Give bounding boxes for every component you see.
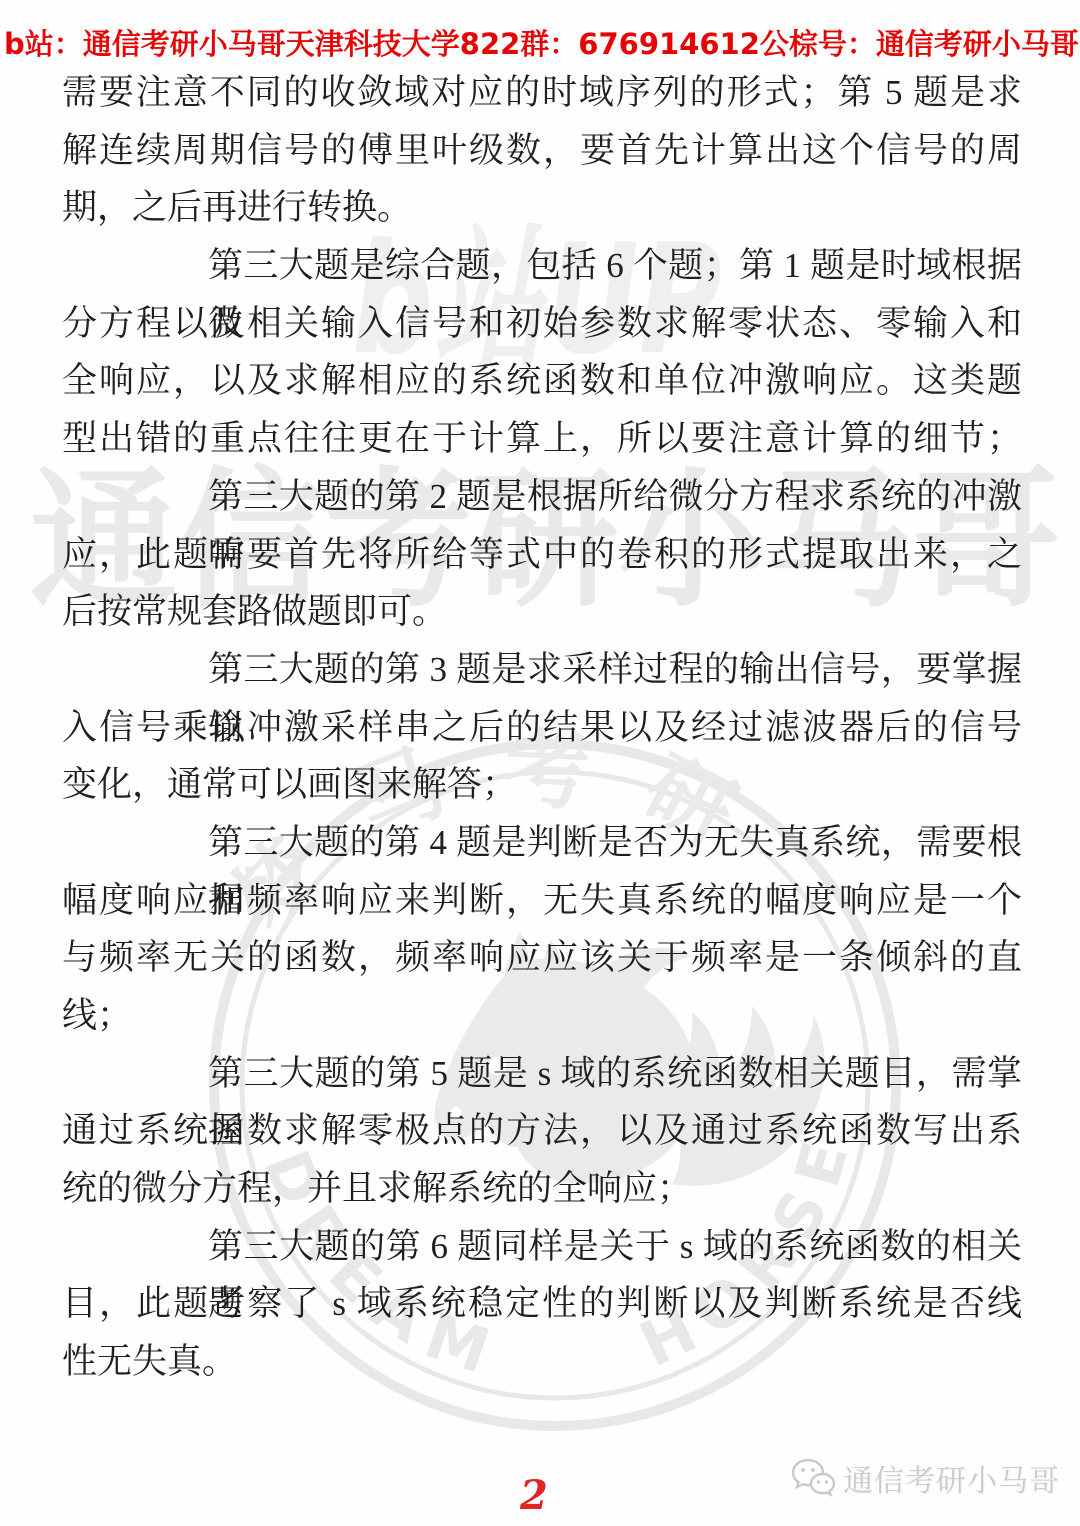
text-line: 与频率无关的函数，频率响应应该关于频率是一条倾斜的直: [62, 929, 1022, 987]
page-header: b站：通信考研小马哥 天津科技大学822群：676914612 公棕号：通信考研…: [0, 22, 1080, 63]
text-line: 线；: [62, 987, 1022, 1045]
text-line: 统的微分方程，并且求解系统的全响应；: [62, 1160, 1022, 1218]
text-line: 幅度响应和频率响应来判断，无失真系统的幅度响应是一个: [62, 872, 1022, 930]
text-line: 第三大题的第 4 题是判断是否为无失真系统，需要根据: [62, 814, 1022, 872]
footer-brand-text: 通信考研小马哥: [843, 1456, 1060, 1500]
text-line: 入信号乘以冲激采样串之后的结果以及经过滤波器后的信号: [62, 699, 1022, 757]
header-bilibili: b站：通信考研小马哥: [4, 22, 286, 63]
text-line: 通过系统函数求解零极点的方法，以及通过系统函数写出系: [62, 1102, 1022, 1160]
text-line: 需要注意不同的收敛域对应的时域序列的形式；第 5 题是求: [62, 64, 1022, 122]
wechat-icon: [789, 1454, 837, 1502]
body-text: 需要注意不同的收敛域对应的时域序列的形式；第 5 题是求 解连续周期信号的傅里叶…: [62, 64, 1022, 1391]
text-line: 分方程以及相关输入信号和初始参数求解零状态、零输入和: [62, 295, 1022, 353]
document-page: b站UP 通信考研小马哥 梦 马 考 研 DREAM HORSE: [0, 0, 1080, 1526]
text-line: 期，之后再进行转换。: [62, 179, 1022, 237]
text-line: 第三大题是综合题，包括 6 个题；第 1 题是时域根据微: [62, 237, 1022, 295]
text-line: 第三大题的第 5 题是 s 域的系统函数相关题目，需掌握: [62, 1045, 1022, 1103]
page-number: 2: [520, 1472, 548, 1519]
text-line: 应，此题需要首先将所给等式中的卷积的形式提取出来，之: [62, 526, 1022, 584]
text-line: 后按常规套路做题即可。: [62, 583, 1022, 641]
text-line: 型出错的重点往往更在于计算上，所以要注意计算的细节；: [62, 410, 1022, 468]
text-line: 第三大题的第 6 题同样是关于 s 域的系统函数的相关题: [62, 1218, 1022, 1276]
text-line: 解连续周期信号的傅里叶级数，要首先计算出这个信号的周: [62, 122, 1022, 180]
header-wechat-account: 公棕号：通信考研小马哥: [760, 22, 1079, 63]
text-line: 目，此题考察了 s 域系统稳定性的判断以及判断系统是否线: [62, 1275, 1022, 1333]
header-qq-group: 天津科技大学822群：676914612: [286, 22, 760, 63]
text-line: 变化，通常可以画图来解答；: [62, 756, 1022, 814]
footer-brand: 通信考研小马哥: [789, 1454, 1060, 1502]
text-line: 第三大题的第 2 题是根据所给微分方程求系统的冲激响: [62, 468, 1022, 526]
text-line: 性无失真。: [62, 1333, 1022, 1391]
text-line: 全响应，以及求解相应的系统函数和单位冲激响应。这类题: [62, 352, 1022, 410]
text-line: 第三大题的第 3 题是求采样过程的输出信号，要掌握输: [62, 641, 1022, 699]
